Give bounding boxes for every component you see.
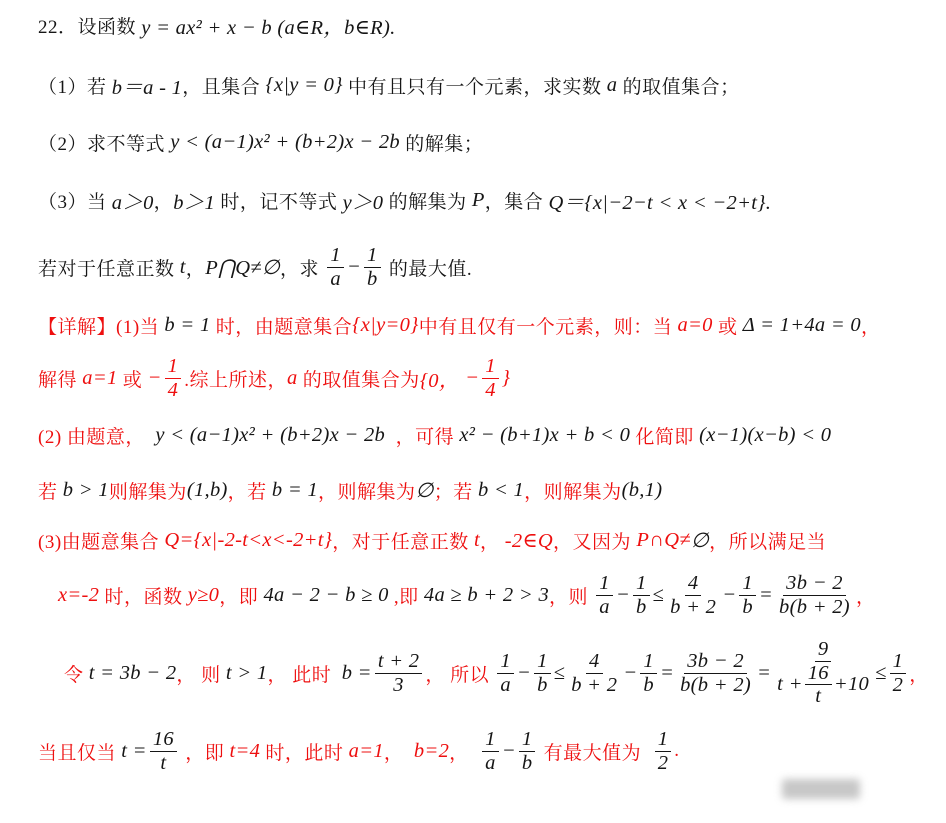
text-run: ，求 (280, 254, 324, 281)
text-run: a=0 (677, 314, 712, 337)
text-run: 16 (153, 728, 174, 751)
text-run: ，若 (228, 477, 272, 504)
text-run: 1 (485, 728, 496, 751)
fraction: 16t (805, 662, 832, 709)
text-run: b (537, 674, 548, 697)
text-run: 1 (522, 728, 533, 751)
fraction: 12 (890, 650, 907, 697)
text-run: P∩Q≠ (636, 529, 691, 552)
fraction: 14 (165, 355, 182, 402)
text-run: {x|y=0} (352, 314, 418, 337)
text-run: b + 2 (670, 596, 716, 619)
text-run: a＞0 (112, 185, 154, 215)
text-run: − (347, 256, 361, 279)
text-run: b < 1 (478, 479, 524, 502)
text-run: t (815, 685, 821, 708)
fraction: 1a (327, 244, 344, 291)
text-run: − (502, 740, 516, 763)
text-run: t > 1 (226, 662, 268, 685)
text-run: b = 1 (272, 479, 318, 502)
text-run: +10 (834, 673, 869, 696)
watermark (782, 779, 860, 799)
text-run: b(b + 2) (680, 674, 751, 697)
text-run: (1,b) (187, 479, 228, 502)
text-run: ,即 (389, 582, 424, 609)
text-run: 时，此时 (260, 738, 349, 765)
fraction: 4b + 2 (667, 572, 719, 619)
text-run: 中有且只有一个元素，求实数 (343, 72, 607, 99)
text-run: 2 (658, 752, 669, 775)
text-run: y = ax² + x − b (a∈R，b∈R). (141, 10, 395, 40)
text-run: b (643, 674, 654, 697)
text-run: 1 (367, 244, 378, 267)
text-run: b=2 (414, 740, 449, 763)
fraction: 1b (739, 572, 756, 619)
text-run: .综上所述， (184, 365, 287, 392)
text-run: t=4 (229, 740, 260, 763)
text-run: 1 (537, 650, 548, 673)
text-run: t = (121, 740, 147, 763)
fraction: 1b (633, 572, 650, 619)
text-run: = (660, 662, 674, 685)
fraction: 14 (482, 355, 499, 402)
text-run: t (160, 752, 166, 775)
text-run: t + (777, 673, 803, 696)
text-run: ∅ (691, 528, 709, 553)
fraction: 1b (640, 650, 657, 697)
text-run: a (287, 367, 298, 390)
text-run: b (742, 596, 753, 619)
text-run: ， (384, 738, 414, 765)
text-run: 4 (485, 379, 496, 402)
text-run: 的解集为 (383, 187, 472, 214)
text-run: ，则 (549, 582, 593, 609)
text-run: b(b + 2) (779, 596, 850, 619)
text-run: 3b − 2 (687, 650, 744, 673)
text-run: 9 (818, 638, 829, 661)
text-run: ， (480, 527, 505, 554)
text-run: x² − (b+1)x + b < 0 (459, 424, 630, 447)
text-run: (3)由题意集合 (38, 527, 164, 554)
text-run: − (623, 662, 637, 685)
text-run: b = (342, 662, 372, 685)
text-run: t + 2 (378, 650, 420, 673)
text-run: ，集合 (485, 187, 549, 214)
solution-line-3: (2) 由题意， y < (a−1)x² + (b+2)x − 2b ，可得 x… (38, 420, 926, 450)
fraction: t + 23 (375, 650, 423, 697)
text-run: 若 (38, 477, 63, 504)
text-run: 化简即 (630, 422, 699, 449)
text-run: a=1 (349, 740, 384, 763)
text-run: 则解集为 (109, 477, 187, 504)
solution-line-1: 【详解】(1)当 b = 1 时，由题意集合{x|y=0}中有且仅有一个元素，则… (38, 310, 926, 340)
text-run: y＞0 (343, 185, 384, 215)
text-run: 令 (64, 660, 89, 687)
solution-line-4: 若 b > 1则解集为(1,b)，若 b = 1，则解集为∅；若 b < 1，则… (38, 475, 926, 505)
text-run: 1 (599, 572, 610, 595)
problem-line-3: （2）求不等式 y < (a−1)x² + (b+2)x − 2b 的解集； (38, 127, 926, 157)
text-run: 的最大值. (384, 254, 473, 281)
text-run: a (485, 752, 496, 775)
text-run: 2 (893, 674, 904, 697)
text-run: ，对于任意正数 (332, 527, 474, 554)
text-run: b (367, 268, 378, 291)
text-run: 3b − 2 (786, 572, 843, 595)
text-run: ， 此时 (267, 660, 341, 687)
text-run: ，即 (219, 582, 263, 609)
text-run: （2）求不等式 (38, 129, 170, 156)
fraction: 9t +16t+10 (774, 638, 872, 709)
text-run: − (722, 584, 736, 607)
fraction: 1a (482, 728, 499, 775)
text-run: （3）当 (38, 187, 112, 214)
solution-line-7: 令 t = 3b − 2， 则 t > 1， 此时 b =t + 23， 所以 … (38, 630, 926, 716)
text-run: (x−1)(x−b) < 0 (699, 424, 831, 447)
text-run: 1 (658, 728, 669, 751)
text-run: 4 (688, 572, 699, 595)
fraction: 3b − 2b(b + 2) (677, 650, 754, 697)
text-run: 4 (168, 379, 179, 402)
text-run: ，即 (180, 738, 230, 765)
text-run: a (500, 674, 511, 697)
fraction: 12 (655, 728, 672, 775)
text-run: 有最大值为 (538, 738, 651, 765)
text-run: b (522, 752, 533, 775)
fraction: 1b (364, 244, 381, 291)
text-run: − (616, 584, 630, 607)
text-run: 的取值集合为 (298, 365, 420, 392)
fraction: 1b (519, 728, 536, 775)
text-run: y≥0 (188, 584, 220, 607)
text-run: − (517, 662, 531, 685)
problem-line-1: 22．设函数 y = ax² + x − b (a∈R，b∈R). (38, 10, 926, 40)
text-run: } (502, 367, 511, 390)
text-run: 时，由题意集合 (211, 312, 353, 339)
text-run: ， (909, 660, 929, 687)
text-run: 或 (713, 312, 743, 339)
text-run: {x|y = 0} (265, 74, 342, 97)
fraction: 3b − 2b(b + 2) (776, 572, 853, 619)
text-run: ≤ (875, 662, 887, 685)
text-run: -2∈Q (505, 528, 553, 553)
text-run: = (757, 662, 771, 685)
fraction: 1b (534, 650, 551, 697)
problem-line-5: 若对于任意正数 t，P⋂Q≠∅，求 1a−1b 的最大值. (38, 239, 926, 295)
text-run: 中有且仅有一个元素，则：当 (419, 312, 678, 339)
text-run: ， (861, 312, 881, 339)
text-run: b + 2 (571, 674, 617, 697)
text-run: （1）若 (38, 72, 112, 99)
text-run: P (472, 189, 485, 212)
text-run: ≤ (653, 584, 665, 607)
text-run: 22．设函数 (38, 12, 141, 39)
text-run: ，可得 (385, 422, 459, 449)
text-run: (b,1) (622, 479, 663, 502)
text-run: y < (a−1)x² + (b+2)x − 2b (170, 131, 400, 154)
text-run: ；若 (434, 477, 478, 504)
text-run: 3 (393, 674, 404, 697)
text-run: 4a − 2 − b ≥ 0 (264, 584, 389, 607)
text-run: ， 则 (176, 660, 226, 687)
text-run: b > 1 (63, 479, 109, 502)
text-run: b＝a - 1 (112, 70, 182, 100)
text-run: ， (449, 738, 479, 765)
fraction: 16t (150, 728, 177, 775)
text-run: 或 (118, 365, 148, 392)
problem-line-2: （1）若 b＝a - 1，且集合 {x|y = 0} 中有且只有一个元素，求实数… (38, 70, 926, 100)
text-run: 时，函数 (99, 582, 188, 609)
text-run: ，则解集为 (318, 477, 416, 504)
solution-line-8: 当且仅当 t =16t ，即 t=4 时，此时 a=1， b=2， 1a−1b … (38, 720, 926, 782)
text-run: = (759, 584, 773, 607)
text-run: 4a ≥ b + 2 > 3 (424, 584, 549, 607)
text-run: a (330, 268, 341, 291)
text-run: 的解集； (400, 129, 483, 156)
text-run: (2) 由题意， (38, 422, 155, 449)
text-run: ≤ (554, 662, 566, 685)
text-run: ∅ (416, 478, 434, 503)
text-run: a (599, 596, 610, 619)
text-run: 时，记不等式 (215, 187, 343, 214)
text-run: ，则解集为 (524, 477, 622, 504)
text-run: {0， (420, 363, 460, 393)
solution-line-5: (3)由题意集合 Q={x|-2-t<x<-2+t}，对于任意正数 t， -2∈… (38, 525, 926, 555)
text-run: Δ = 1+4a = 0 (743, 314, 861, 337)
text-run: P⋂Q≠∅ (205, 255, 280, 280)
text-run: b＞1 (173, 185, 215, 215)
text-run: ， (186, 254, 206, 281)
text-run: 1 (168, 355, 179, 378)
text-run: ，所以满足当 (709, 527, 826, 554)
text-run: a=1 (82, 367, 117, 390)
text-run: 1 (643, 650, 654, 673)
text-run: ，又因为 (553, 527, 636, 554)
fraction: 1a (497, 650, 514, 697)
text-run: Q＝{x|−2−t < x < −2+t}. (548, 185, 771, 215)
text-run: t = 3b − 2 (89, 662, 177, 685)
text-run: y < (a−1)x² + (b+2)x − 2b (155, 424, 385, 447)
text-run: − (148, 367, 162, 390)
text-run: 16 (808, 662, 829, 685)
text-run: b = 1 (164, 314, 210, 337)
fraction: 1a (596, 572, 613, 619)
text-run: 【详解】(1)当 (38, 312, 164, 339)
fraction: 4b + 2 (568, 650, 620, 697)
text-run: 1 (500, 650, 511, 673)
text-run: a (607, 74, 618, 97)
text-run: . (674, 740, 679, 762)
text-run: 解得 (38, 365, 82, 392)
text-run: 当且仅当 (38, 738, 121, 765)
text-run: ， (154, 187, 174, 214)
solution-line-2: 解得 a=1 或 −14.综上所述，a 的取值集合为{0， −14} (38, 350, 926, 406)
text-run: ， (856, 582, 876, 609)
text-run: 1 (485, 355, 496, 378)
text-run: 1 (893, 650, 904, 673)
math-problem-document: 22．设函数 y = ax² + x − b (a∈R，b∈R).（1）若 b＝… (0, 0, 946, 782)
text-run: 的取值集合； (617, 72, 739, 99)
text-run: ， 所以 (425, 660, 494, 687)
text-run: 1 (330, 244, 341, 267)
problem-line-4: （3）当 a＞0，b＞1 时，记不等式 y＞0 的解集为 P，集合 Q＝{x|−… (38, 185, 926, 215)
text-run: x=-2 (58, 584, 99, 607)
text-run: 1 (742, 572, 753, 595)
text-run: ，且集合 (182, 72, 265, 99)
text-run: b (636, 596, 647, 619)
text-run: 1 (636, 572, 647, 595)
solution-line-6: x=-2 时，函数 y≥0，即 4a − 2 − b ≥ 0 ,即 4a ≥ b… (38, 567, 926, 623)
text-run: Q={x|-2-t<x<-2+t} (164, 529, 332, 552)
text-run: 若对于任意正数 (38, 254, 180, 281)
text-run: − (460, 367, 480, 390)
text-run: 4 (589, 650, 600, 673)
